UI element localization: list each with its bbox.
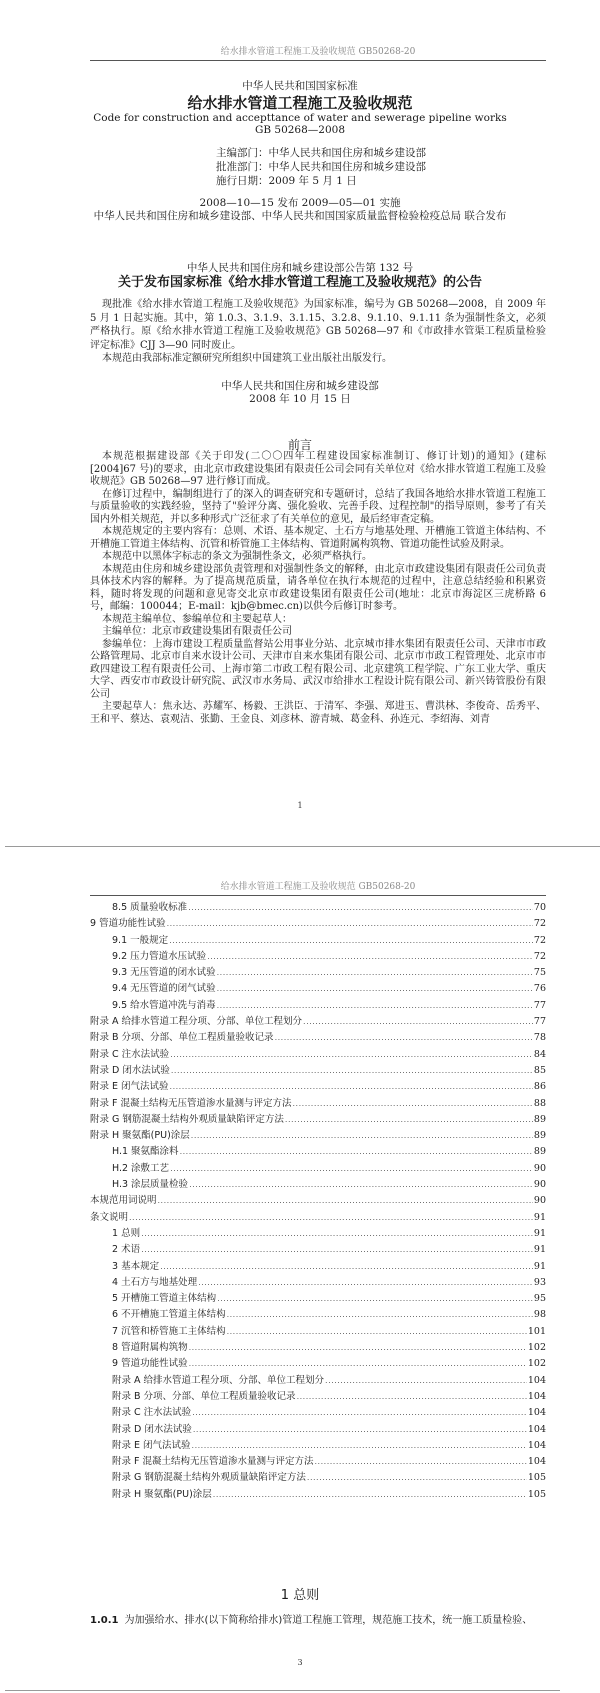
toc-entry-page[interactable]: 104 [528,1438,546,1454]
toc-leader-dots [141,1226,533,1242]
toc-entry[interactable]: 8 管道附属构筑物102 [90,1340,546,1356]
toc-entry-label[interactable]: 附录 B 分项、分部、单位工程质量验收记录 [112,1389,296,1405]
toc-entry[interactable]: 附录 F 混凝土结构无压管道渗水量测与评定方法104 [90,1454,546,1470]
toc-leader-dots [129,1210,533,1226]
toc-entry-label[interactable]: 本规范用词说明 [90,1193,157,1209]
toc-entry[interactable]: 9.3 无压管道的闭水试验75 [90,965,546,981]
toc-leader-dots [325,1373,527,1389]
toc-entry-page[interactable]: 84 [534,1047,546,1063]
toc-entry[interactable]: 9.1 一般规定72 [90,933,546,949]
toc-entry-page[interactable]: 101 [528,1324,546,1340]
toc-entry[interactable]: 附录 F 混凝土结构无压管道渗水量测与评定方法88 [90,1096,546,1112]
toc-entry[interactable]: 附录 C 注水法试验104 [90,1405,546,1421]
toc-entry-page[interactable]: 72 [534,949,546,965]
toc-entry-page[interactable]: 91 [534,1226,546,1242]
toc-entry-page[interactable]: 91 [534,1242,546,1258]
toc-entry-label[interactable]: H.1 聚氨酯涂料 [112,1144,179,1160]
toc-leader-dots [191,1128,533,1144]
toc-leader-dots [192,1438,527,1454]
toc-entry-label[interactable]: 附录 G 钢筋混凝土结构外观质量缺陷评定方法 [90,1112,284,1128]
toc-entry-page[interactable]: 77 [534,998,546,1014]
toc-leader-dots [170,1079,533,1095]
toc-leader-dots [189,1340,527,1356]
toc-entry[interactable]: 附录 B 分项、分部、单位工程质量验收记录78 [90,1030,546,1046]
toc-leader-dots [275,1030,533,1046]
preface-paragraph: 主要起草人：焦永达、苏耀军、杨毅、王洪臣、于清军、李强、郑进玉、曹洪林、李俊奇、… [90,701,546,726]
toc-entry-label[interactable]: 9.1 一般规定 [112,933,168,949]
toc-entry[interactable]: 3 基本规定91 [90,1259,546,1275]
toc-entry[interactable]: 9.4 无压管道的闭气试验76 [90,981,546,997]
toc-leader-dots [169,933,533,949]
toc-entry-page[interactable]: 90 [534,1177,546,1193]
toc-entry-label[interactable]: 附录 F 混凝土结构无压管道渗水量测与评定方法 [112,1454,314,1470]
release-dates: 2008—10—15 发布 2009—05—01 实施 [0,197,600,210]
toc-entry-page[interactable]: 105 [528,1487,546,1503]
toc-entry-label[interactable]: 附录 F 混凝土结构无压管道渗水量测与评定方法 [90,1096,292,1112]
toc-entry[interactable]: 9.5 给水管道冲洗与消毒77 [90,998,546,1014]
joint-publishers: 中华人民共和国住房和城乡建设部、中华人民共和国国家质量监督检验检疫总局 联合发布 [0,210,600,223]
toc-entry-label[interactable]: 附录 A 给排水管道工程分项、分部、单位工程划分 [112,1373,324,1389]
toc-entry-label[interactable]: 8 管道附属构筑物 [112,1340,188,1356]
toc-entry-label[interactable]: 附录 C 注水法试验 [90,1047,169,1063]
toc-entry-page[interactable]: 91 [534,1210,546,1226]
clause-1-0-1: 1.0.1为加强给水、排水(以下简称给排水)管道工程施工管理，规范施工技术，统一… [90,1611,560,1626]
running-header: 给水排水管道工程施工及验收规范 GB50268-20 [90,44,546,61]
toc-entry[interactable]: 附录 D 闭水法试验104 [90,1422,546,1438]
preface-paragraph: 本规范中以黑体字标志的条文为强制性条文，必须严格执行。 [90,551,546,564]
table-of-contents: 8.5 质量验收标准709 管道功能性试验729.1 一般规定729.2 压力管… [90,900,546,1503]
toc-entry-page[interactable]: 102 [528,1340,546,1356]
page-number: 3 [0,1658,600,1667]
cover-meta: 主编部门：中华人民共和国住房和城乡建设部 批准部门：中华人民共和国住房和城乡建设… [216,146,426,188]
notice-title: 关于发布国家标准《给水排水管道工程施工及验收规范》的公告 [0,275,600,291]
clause-number: 1.0.1 [90,1615,118,1626]
approving-department: 批准部门：中华人民共和国住房和城乡建设部 [216,160,426,174]
notice-body: 现批准《给水排水管道工程施工及验收规范》为国家标准，编号为 GB 50268—2… [90,298,546,366]
toc-entry-label[interactable]: 1 总则 [112,1226,140,1242]
toc-entry[interactable]: H.3 涂层质量检验90 [90,1177,546,1193]
page-2: 给水排水管道工程施工及验收规范 GB50268-20 8.5 质量验收标准709… [0,848,600,1693]
toc-entry-page[interactable]: 102 [528,1356,546,1372]
preface-paragraph: 本规范根据建设部《关于印发(二〇〇四年工程建设国家标准制订、修订计划)的通知》(… [90,451,546,489]
toc-entry[interactable]: 附录 A 给排水管道工程分项、分部、单位工程划分77 [90,1014,546,1030]
toc-leader-dots [188,900,533,916]
toc-leader-dots [297,1389,527,1405]
toc-entry-page[interactable]: 70 [534,900,546,916]
toc-entry-label[interactable]: 8.5 质量验收标准 [112,900,187,916]
toc-entry[interactable]: 4 土石方与地基处理93 [90,1275,546,1291]
document-title: 给水排水管道工程施工及验收规范 [0,94,600,112]
editing-department: 主编部门：中华人民共和国住房和城乡建设部 [216,146,426,160]
toc-entry-page[interactable]: 104 [528,1389,546,1405]
toc-entry[interactable]: 6 不开槽施工管道主体结构98 [90,1307,546,1323]
toc-entry-page[interactable]: 95 [534,1291,546,1307]
toc-leader-dots [207,949,533,965]
toc-leader-dots [180,1144,533,1160]
toc-entry-label[interactable]: 附录 E 闭气法试验 [90,1079,169,1095]
toc-entry-page[interactable]: 105 [528,1470,546,1486]
toc-leader-dots [171,1063,533,1079]
toc-entry[interactable]: 7 沉管和桥管施工主体结构101 [90,1324,546,1340]
toc-entry-label[interactable]: 附录 D 闭水法试验 [90,1063,170,1079]
toc-leader-dots [170,1161,533,1177]
toc-entry[interactable]: 1 总则91 [90,1226,546,1242]
toc-entry-label[interactable]: 附录 H 聚氨酯(PU)涂层 [112,1487,212,1503]
toc-leader-dots [303,1014,533,1030]
toc-entry-label[interactable]: 6 不开槽施工管道主体结构 [112,1307,226,1323]
toc-entry-page[interactable]: 89 [534,1112,546,1128]
toc-entry-label[interactable]: 附录 H 聚氨酯(PU)涂层 [90,1128,190,1144]
toc-entry[interactable]: 附录 H 聚氨酯(PU)涂层89 [90,1128,546,1144]
toc-entry-page[interactable]: 104 [528,1373,546,1389]
notice-signatory: 中华人民共和国住房和城乡建设部 [0,380,600,393]
toc-entry-page[interactable]: 98 [534,1307,546,1323]
toc-leader-dots [198,1275,533,1291]
toc-entry-label[interactable]: 9.3 无压管道的闭水试验 [112,965,216,981]
preface-paragraph: 本规范主编单位、参编单位和主要起草人： [90,614,546,627]
toc-entry-page[interactable]: 76 [534,981,546,997]
notice-date: 2008 年 10 月 15 日 [0,393,600,406]
toc-entry-label[interactable]: 9.2 压力管道水压试验 [112,949,206,965]
toc-entry-page[interactable]: 77 [534,1014,546,1030]
toc-entry-page[interactable]: 78 [534,1030,546,1046]
toc-entry[interactable]: 9 管道功能性试验102 [90,1356,546,1372]
toc-entry-label[interactable]: H.2 涂敷工艺 [112,1161,169,1177]
toc-leader-dots [307,1470,527,1486]
toc-entry-page[interactable]: 85 [534,1063,546,1079]
toc-entry[interactable]: 附录 E 闭气法试验86 [90,1079,546,1095]
preface-body: 本规范根据建设部《关于印发(二〇〇四年工程建设国家标准制订、修订计划)的通知》(… [90,451,546,726]
toc-leader-dots [293,1096,533,1112]
page-1: 给水排水管道工程施工及验收规范 GB50268-20 中华人民共和国国家标准 给… [0,0,600,845]
toc-entry[interactable]: 附录 B 分项、分部、单位工程质量验收记录104 [90,1389,546,1405]
page-number: 1 [0,801,600,810]
toc-leader-dots [227,1307,533,1323]
page-separator [5,1690,560,1691]
toc-entry-label[interactable]: 9 管道功能性试验 [90,916,166,932]
toc-entry-label[interactable]: 附录 D 闭水法试验 [112,1422,192,1438]
toc-entry-label[interactable]: 条文说明 [90,1210,128,1226]
running-header: 给水排水管道工程施工及验收规范 GB50268-20 [90,879,546,896]
clause-text: 为加强给水、排水(以下简称给排水)管道工程施工管理，规范施工技术，统一施工质量检… [124,1615,532,1626]
toc-leader-dots [189,1356,527,1372]
toc-entry-label[interactable]: 7 沉管和桥管施工主体结构 [112,1324,226,1340]
toc-entry[interactable]: 附录 G 钢筋混凝土结构外观质量缺陷评定方法89 [90,1112,546,1128]
toc-entry-page[interactable]: 90 [534,1193,546,1209]
toc-leader-dots [217,965,533,981]
preface-paragraph: 参编单位：上海市建设工程质量监督站公用事业分站、北京城市排水集团有限责任公司、天… [90,639,546,702]
toc-entry-page[interactable]: 75 [534,965,546,981]
toc-entry-label[interactable]: 2 术语 [112,1242,140,1258]
toc-leader-dots [285,1112,533,1128]
toc-leader-dots [315,1454,527,1470]
notice-paragraph: 本规范由我部标准定额研究所组织中国建筑工业出版社出版发行。 [90,352,546,366]
toc-entry-page[interactable]: 86 [534,1079,546,1095]
toc-leader-dots [217,981,533,997]
toc-leader-dots [217,1291,533,1307]
toc-entry-page[interactable]: 93 [534,1275,546,1291]
toc-entry-page[interactable]: 91 [534,1259,546,1275]
toc-entry-page[interactable]: 89 [534,1144,546,1160]
toc-entry[interactable]: 附录 E 闭气法试验104 [90,1438,546,1454]
toc-entry[interactable]: H.1 聚氨酯涂料89 [90,1144,546,1160]
page-separator-tail [546,846,600,847]
effective-date: 施行日期：2009 年 5 月 1 日 [216,174,426,188]
toc-entry[interactable]: 附录 H 聚氨酯(PU)涂层105 [90,1487,546,1503]
toc-entry-label[interactable]: H.3 涂层质量检验 [112,1177,188,1193]
toc-leader-dots [160,1259,533,1275]
toc-entry-label[interactable]: 附录 A 给排水管道工程分项、分部、单位工程划分 [90,1014,302,1030]
toc-leader-dots [193,1422,527,1438]
toc-entry-page[interactable]: 104 [528,1454,546,1470]
toc-entry[interactable]: 条文说明91 [90,1210,546,1226]
toc-leader-dots [189,1177,533,1193]
toc-leader-dots [227,1324,527,1340]
toc-entry-page[interactable]: 88 [534,1096,546,1112]
notice-paragraph: 现批准《给水排水管道工程施工及验收规范》为国家标准，编号为 GB 50268—2… [90,298,546,352]
toc-entry-page[interactable]: 72 [534,933,546,949]
toc-entry[interactable]: 附录 G 钢筋混凝土结构外观质量缺陷评定方法105 [90,1470,546,1486]
toc-entry[interactable]: 附录 D 闭水法试验85 [90,1063,546,1079]
toc-leader-dots [158,1193,533,1209]
toc-entry[interactable]: 附录 C 注水法试验84 [90,1047,546,1063]
toc-leader-dots [213,1487,527,1503]
toc-entry-label[interactable]: 附录 B 分项、分部、单位工程质量验收记录 [90,1030,274,1046]
toc-entry-label[interactable]: 9 管道功能性试验 [112,1356,188,1372]
standard-code: GB 50268—2008 [0,124,600,137]
toc-entry-label[interactable]: 4 土石方与地基处理 [112,1275,197,1291]
chapter-title: 1 总则 [0,1584,600,1603]
toc-leader-dots [167,916,533,932]
toc-entry-label[interactable]: 9.4 无压管道的闭气试验 [112,981,216,997]
notice-number: 中华人民共和国住房和城乡建设部公告第 132 号 [0,262,600,275]
toc-entry[interactable]: H.2 涂敷工艺90 [90,1161,546,1177]
toc-entry-label[interactable]: 附录 C 注水法试验 [112,1405,191,1421]
toc-entry-page[interactable]: 89 [534,1128,546,1144]
preface-paragraph: 在修订过程中，编制组进行了的深入的调查研究和专题研讨，总结了我国各地给水排水管道… [90,489,546,527]
toc-entry-page[interactable]: 104 [528,1405,546,1421]
toc-entry-label[interactable]: 9.5 给水管道冲洗与消毒 [112,998,216,1014]
toc-entry-label[interactable]: 5 开槽施工管道主体结构 [112,1291,216,1307]
toc-entry-label[interactable]: 3 基本规定 [112,1259,159,1275]
toc-entry[interactable]: 9.2 压力管道水压试验72 [90,949,546,965]
toc-entry[interactable]: 9 管道功能性试验72 [90,916,546,932]
preface-paragraph: 本规范由住房和城乡建设部负责管理和对强制性条文的解释，由北京市政建设集团有限责任… [90,564,546,614]
toc-entry-page[interactable]: 72 [534,916,546,932]
toc-leader-dots [170,1047,533,1063]
toc-leader-dots [192,1405,527,1421]
preface-paragraph: 本规范规定的主要内容有：总则、术语、基本规定、土石方与地基处理、开槽施工管道主体… [90,526,546,551]
toc-leader-dots [217,998,533,1014]
preface-paragraph: 主编单位：北京市政建设集团有限责任公司 [90,626,546,639]
toc-entry-page[interactable]: 90 [534,1161,546,1177]
toc-entry[interactable]: 8.5 质量验收标准70 [90,900,546,916]
toc-entry[interactable]: 2 术语91 [90,1242,546,1258]
toc-entry[interactable]: 本规范用词说明90 [90,1193,546,1209]
standard-type: 中华人民共和国国家标准 [0,80,600,93]
toc-leader-dots [141,1242,533,1258]
toc-entry-label[interactable]: 附录 E 闭气法试验 [112,1438,191,1454]
toc-entry-label[interactable]: 附录 G 钢筋混凝土结构外观质量缺陷评定方法 [112,1470,306,1486]
toc-entry[interactable]: 附录 A 给排水管道工程分项、分部、单位工程划分104 [90,1373,546,1389]
toc-entry[interactable]: 5 开槽施工管道主体结构95 [90,1291,546,1307]
page-separator [5,846,560,847]
toc-entry-page[interactable]: 104 [528,1422,546,1438]
